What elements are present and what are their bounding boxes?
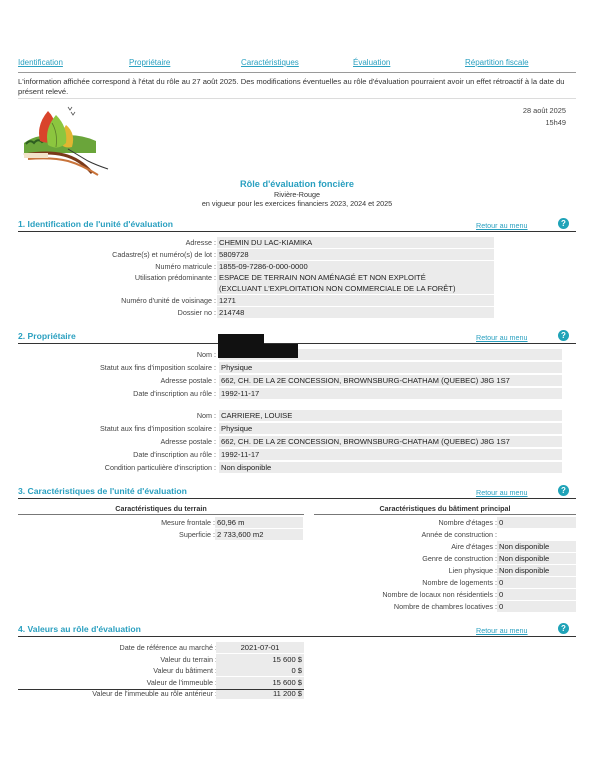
field-value: Physique (219, 362, 562, 373)
divider (18, 98, 576, 99)
field-label: Nombre de chambres locatives : (394, 601, 497, 612)
nav-link-caracteristiques[interactable]: Caractéristiques (241, 58, 299, 67)
field-label: Numéro matricule : (155, 261, 216, 272)
section-title: 3. Caractéristiques de l'unité d'évaluat… (18, 486, 187, 496)
field-value: 214748 (217, 307, 494, 318)
field-value: 15 600 $ (216, 654, 304, 665)
field-label: Lien physique : (449, 565, 497, 576)
owner-row: Nom :CARRIERE, LOUISE (0, 410, 594, 421)
field-value: 5809728 (217, 249, 494, 260)
field-label: Nombre d'étages : (438, 517, 497, 528)
building-row: Lien physique :Non disponible (0, 565, 594, 576)
field-value: 0 (497, 517, 576, 528)
redaction-box (218, 344, 298, 358)
building-characteristics-heading: Caractéristiques du bâtiment principal (314, 503, 576, 515)
field-label: Aire d'étages : (451, 541, 497, 552)
field-label: Dossier no : (178, 307, 216, 318)
owner-row: Statut aux fins d'imposition scolaire :P… (0, 362, 594, 373)
field-label: Valeur de l'immeuble : (147, 677, 217, 688)
field-value: 11 200 $ (216, 688, 304, 699)
redaction-box (218, 334, 264, 344)
field-label: Nombre de locaux non résidentiels : (382, 589, 497, 600)
nav-link-identification[interactable]: Identification (18, 58, 63, 67)
value-row: Valeur du bâtiment :0 $ (0, 665, 305, 676)
building-row: Genre de construction :Non disponible (0, 553, 594, 564)
field-label: Statut aux fins d'imposition scolaire : (100, 362, 216, 373)
field-value: 662, CH. DE LA 2E CONCESSION, BROWNSBURG… (219, 436, 562, 447)
validity-period: en vigueur pour les exercices financiers… (0, 199, 594, 208)
field-label: Nom : (197, 410, 216, 421)
document-title: Rôle d'évaluation foncière (0, 178, 594, 190)
value-row: Valeur de l'immeuble :15 600 $ (0, 677, 305, 688)
field-value: 1855-09-7286-0-000-0000 (217, 261, 494, 272)
building-row: Nombre d'étages :0 (0, 517, 594, 528)
field-value: 1992-11-17 (219, 449, 562, 460)
field-value: 15 600 $ (216, 677, 304, 688)
field-value-line: ESPACE DE TERRAIN NON AMÉNAGÉ ET NON EXP… (219, 272, 494, 283)
building-row: Année de construction : (0, 529, 594, 540)
field-value: 0 (497, 601, 576, 612)
section-title: 4. Valeurs au rôle d'évaluation (18, 624, 141, 634)
field-label: Nom : (197, 349, 216, 360)
field-label: Statut aux fins d'imposition scolaire : (100, 423, 216, 434)
field-label: Condition particulière d'inscription : (105, 462, 216, 473)
field-value: ESPACE DE TERRAIN NON AMÉNAGÉ ET NON EXP… (217, 272, 494, 294)
field-value: Non disponible (497, 565, 576, 576)
value-row: Date de référence au marché :2021-07-01 (0, 642, 305, 653)
field-value: 1992-11-17 (219, 388, 562, 399)
section-valeurs-header: 4. Valeurs au rôle d'évaluation Retour a… (18, 624, 576, 637)
field-value: 0 (497, 577, 576, 588)
divider (18, 72, 576, 73)
field-label: Valeur du terrain : (160, 654, 217, 665)
print-date: 28 août 2025 (523, 105, 566, 117)
field-value-line: (EXCLUANT L'EXPLOITATION NON COMMERCIALE… (219, 283, 494, 294)
identification-row: Numéro d'unité de voisinage :1271 (0, 295, 594, 306)
field-label: Adresse postale : (160, 375, 216, 386)
field-label: Valeur de l'immeuble au rôle antérieur : (92, 688, 217, 699)
field-value: 2021-07-01 (216, 642, 304, 653)
field-value: CARRIERE, LOUISE (219, 410, 562, 421)
identification-row: Dossier no :214748 (0, 307, 594, 318)
top-nav: Identification Propriétaire Caractéristi… (18, 58, 578, 70)
nav-link-repartition-fiscale[interactable]: Répartition fiscale (465, 58, 529, 67)
owner-row: Date d'inscription au rôle :1992-11-17 (0, 388, 594, 399)
field-label: Date d'inscription au rôle : (133, 388, 216, 399)
print-time: 15h49 (523, 117, 566, 129)
back-to-menu-link[interactable]: Retour au menu (476, 221, 528, 230)
section-identification-header: 1. Identification de l'unité d'évaluatio… (18, 219, 576, 232)
field-value: Non disponible (219, 462, 562, 473)
owner-row: Condition particulière d'inscription :No… (0, 462, 594, 473)
field-label: Adresse : (186, 237, 216, 248)
back-to-menu-link[interactable]: Retour au menu (476, 626, 528, 635)
nav-link-proprietaire[interactable]: Propriétaire (129, 58, 170, 67)
value-row: Valeur du terrain :15 600 $ (0, 654, 305, 665)
field-value: CHEMIN DU LAC-KIAMIKA (217, 237, 494, 248)
section-caracteristiques-header: 3. Caractéristiques de l'unité d'évaluat… (18, 486, 576, 499)
municipal-logo-icon (18, 103, 113, 178)
land-characteristics-heading: Caractéristiques du terrain (18, 503, 304, 515)
document-title-block: Rôle d'évaluation foncière Rivière-Rouge… (0, 178, 594, 208)
owner-row: Adresse postale :662, CH. DE LA 2E CONCE… (0, 375, 594, 386)
field-value: Non disponible (497, 553, 576, 564)
field-label: Cadastre(s) et numéro(s) de lot : (112, 249, 216, 260)
identification-row: Utilisation prédominante :ESPACE DE TERR… (0, 272, 594, 283)
help-icon[interactable]: ? (558, 218, 569, 229)
municipality-name: Rivière-Rouge (0, 190, 594, 199)
help-icon[interactable]: ? (558, 485, 569, 496)
owner-row: Date d'inscription au rôle :1992-11-17 (0, 449, 594, 460)
building-row: Nombre de chambres locatives :0 (0, 601, 594, 612)
field-value: 1271 (217, 295, 494, 306)
field-label: Date de référence au marché : (120, 642, 217, 653)
field-label: Nombre de logements : (422, 577, 497, 588)
owner-row: Adresse postale :662, CH. DE LA 2E CONCE… (0, 436, 594, 447)
identification-row: Adresse :CHEMIN DU LAC-KIAMIKA (0, 237, 594, 248)
field-label: Adresse postale : (160, 436, 216, 447)
print-datetime: 28 août 2025 15h49 (523, 105, 566, 129)
field-label: Valeur du bâtiment : (153, 665, 217, 676)
field-value: 0 (497, 589, 576, 600)
help-icon[interactable]: ? (558, 330, 569, 341)
section-title: 2. Propriétaire (18, 331, 76, 341)
field-value: 0 $ (216, 665, 304, 676)
identification-row: Cadastre(s) et numéro(s) de lot :5809728 (0, 249, 594, 260)
divider (18, 689, 304, 690)
building-row: Aire d'étages :Non disponible (0, 541, 594, 552)
owner-row: Statut aux fins d'imposition scolaire :P… (0, 423, 594, 434)
field-value: Non disponible (497, 541, 576, 552)
back-to-menu-link[interactable]: Retour au menu (476, 333, 528, 342)
field-label: Numéro d'unité de voisinage : (121, 295, 216, 306)
nav-link-evaluation[interactable]: Évaluation (353, 58, 390, 67)
notice-text: L'information affichée correspond à l'ét… (18, 77, 578, 97)
field-label: Utilisation prédominante : (135, 272, 216, 283)
building-row: Nombre de locaux non résidentiels :0 (0, 589, 594, 600)
back-to-menu-link[interactable]: Retour au menu (476, 488, 528, 497)
section-title: 1. Identification de l'unité d'évaluatio… (18, 219, 173, 229)
value-row: Valeur de l'immeuble au rôle antérieur :… (0, 688, 305, 699)
identification-row: Numéro matricule :1855-09-7286-0-000-000… (0, 261, 594, 272)
field-label: Genre de construction : (422, 553, 497, 564)
help-icon[interactable]: ? (558, 623, 569, 634)
field-value: Physique (219, 423, 562, 434)
section-proprietaire-header: 2. Propriétaire Retour au menu ? (18, 331, 576, 344)
field-label: Date d'inscription au rôle : (133, 449, 216, 460)
field-value: 662, CH. DE LA 2E CONCESSION, BROWNSBURG… (219, 375, 562, 386)
building-row: Nombre de logements :0 (0, 577, 594, 588)
field-label: Année de construction : (421, 529, 497, 540)
